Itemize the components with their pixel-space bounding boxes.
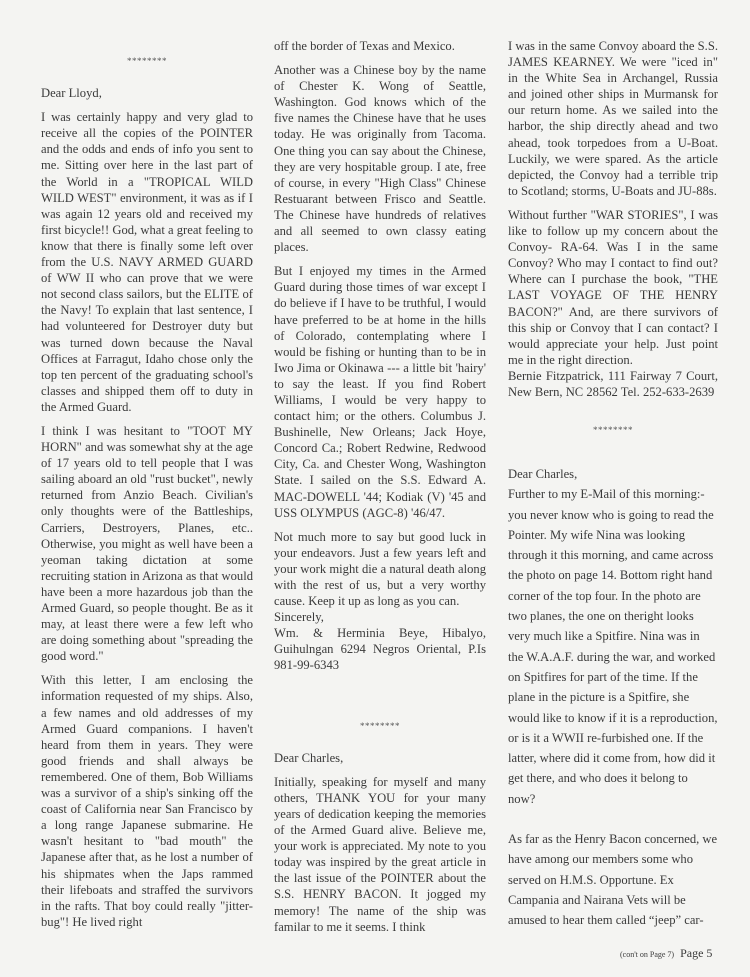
signature: Bernie Fitzpatrick, 111 Fairway 7 Court,… <box>508 368 718 400</box>
paragraph: Without further "WAR STORIES", I was lik… <box>508 207 718 368</box>
section-separator: ******** <box>508 422 718 438</box>
closing: Sincerely, <box>274 609 486 625</box>
column-1: ******** Dear Lloyd, I was certainly hap… <box>41 53 253 938</box>
page-number: Page 5 <box>680 946 712 960</box>
column-3: I was in the same Convoy aboard the S.S.… <box>508 38 718 938</box>
salutation: Dear Charles, <box>274 750 486 766</box>
paragraph: I was in the same Convoy aboard the S.S.… <box>508 38 718 199</box>
paragraph: Initially, speaking for myself and many … <box>274 774 486 935</box>
paragraph: As far as the Henry Bacon concerned, we … <box>508 829 718 930</box>
paragraph: But I enjoyed my times in the Armed Guar… <box>274 263 486 521</box>
paragraph: Another was a Chinese boy by the name of… <box>274 62 486 255</box>
paragraph: With this letter, I am enclosing the inf… <box>41 672 253 930</box>
paragraph: I was certainly happy and very glad to r… <box>41 109 253 415</box>
section-separator: ******** <box>274 718 486 734</box>
section-separator: ******** <box>41 53 253 69</box>
salutation: Dear Charles, <box>508 466 718 482</box>
continued-note: (con't on Page 7) <box>620 950 674 959</box>
salutation: Dear Lloyd, <box>41 85 253 101</box>
column-2: off the border of Texas and Mexico. Anot… <box>274 38 486 943</box>
signature: Wm. & Herminia Beye, Hibalyo, Guihulngan… <box>274 625 486 673</box>
paragraph: Further to my E-Mail of this morning:- y… <box>508 484 718 809</box>
paragraph: off the border of Texas and Mexico. <box>274 38 486 54</box>
page-footer: (con't on Page 7) Page 5 <box>620 946 712 961</box>
paragraph: I think I was hesitant to "TOOT MY HORN"… <box>41 423 253 664</box>
paragraph: Not much more to say but good luck in yo… <box>274 529 486 609</box>
